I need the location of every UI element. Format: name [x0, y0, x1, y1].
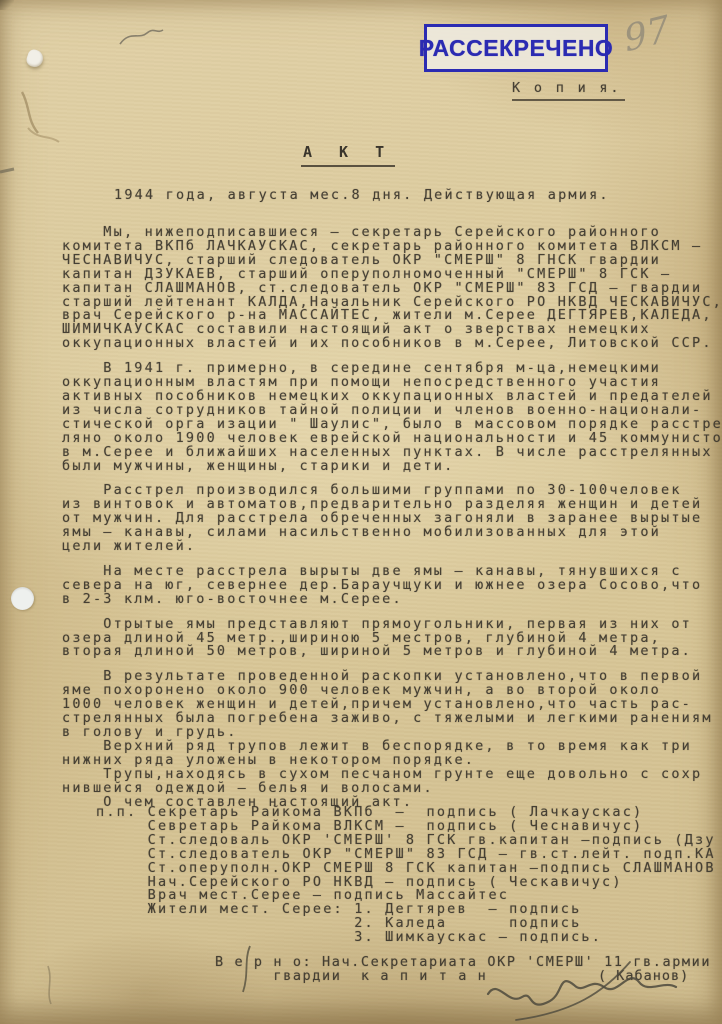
- copy-label: К о п и я.: [512, 82, 625, 101]
- text-line: в 2-3 клм. юго-восточнее м.Серее.: [62, 593, 722, 607]
- punch-hole: [11, 587, 34, 610]
- handwritten-page-number: 97: [622, 9, 672, 61]
- certifier-name: ( Кабанов): [598, 970, 689, 984]
- paragraph: Отрытые ямы представляют прямоугольники,…: [62, 618, 722, 660]
- document-body: Мы, нижеподписавшиеся – секретарь Серейс…: [62, 226, 722, 820]
- corner-smudge: [0, 0, 14, 10]
- document-page: РАССЕКРЕЧЕНО 97 К о п и я. А К Т 1944 го…: [0, 0, 722, 1024]
- paragraph: Мы, нижеподписавшиеся – секретарь Серейс…: [62, 226, 722, 351]
- text-line: были мужчины, женщины, старики и дети.: [62, 460, 722, 474]
- declassified-stamp-label: РАССЕКРЕЧЕНО: [419, 35, 614, 62]
- date-line: 1944 года, августа мес.8 дня. Действующа…: [62, 189, 610, 203]
- text-line: вторая длиной 50 метров, шириной 5 метро…: [62, 645, 722, 659]
- paragraph: В результате проведенной раскопки устано…: [62, 670, 722, 740]
- text-line: цели жителей.: [62, 540, 722, 554]
- torn-spot: [25, 48, 45, 69]
- paragraph: Верхний ряд трупов лежит в беспорядке, в…: [62, 740, 722, 768]
- text-line: 3. Шимкаускас – подпись.: [96, 931, 722, 945]
- declassified-stamp: РАССЕКРЕЧЕНО: [424, 24, 608, 72]
- paragraph: Расстрел производился большими группами …: [62, 484, 722, 554]
- signature-block: п.п. Секретарь Райкома ВКПб – подпись ( …: [96, 806, 722, 945]
- document-title: А К Т: [301, 143, 395, 167]
- text-line: оккупационных властей и их пособников в …: [62, 337, 722, 351]
- paragraph: В 1941 г. примерно, в середине сентября …: [62, 362, 722, 473]
- paragraph: На месте расстрела вырыты две ямы – кана…: [62, 565, 722, 607]
